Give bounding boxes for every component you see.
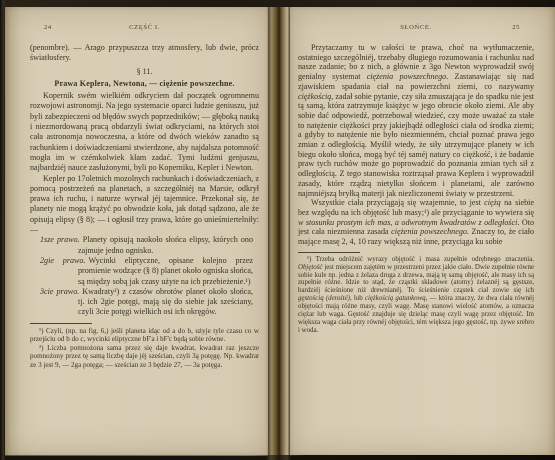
paragraph-gravitation: Wszystkie ciała przyciągają się wzajemni… (298, 198, 534, 247)
left-running-title: CZĘŚĆ I. (30, 24, 259, 31)
right-running-title: SŁOŃCE. (298, 24, 534, 31)
left-page: 24 CZĘŚĆ I. (penombre). — Arago przypusz… (5, 7, 268, 456)
kepler-law-1-text: Planety opisują naokoło słońca elipsy, k… (78, 235, 253, 254)
kepler-law-1-label: 1sze prawo. (40, 235, 80, 244)
kepler-law-3-text: Kwadraty²) z czasów obrotów planet około… (78, 287, 253, 317)
paragraph-kopernik: Kopernik swém wielkiém odkryciem dał poc… (30, 91, 259, 173)
section-number: § 11. (30, 67, 259, 77)
paragraph-kepler: Kepler po 17oletnich mozolnych rachunkac… (30, 174, 259, 236)
left-page-body: (penombre). — Arago przypuszcza trzy atm… (30, 43, 259, 369)
kepler-law-3-label: 3cie prawo. (40, 287, 79, 296)
scan-top-edge (0, 0, 555, 7)
footnote-rule-left (30, 323, 92, 324)
right-page: SŁOŃCE. 25 Przytaczamy tu w całości te p… (290, 7, 555, 456)
book-scan: 24 CZĘŚĆ I. (penombre). — Arago przypusz… (0, 0, 555, 460)
paragraph-newton: Przytaczamy tu w całości te prawa, choć … (298, 43, 534, 198)
footnote-1: ¹) Czyli, (np. na fig. 6,) jeśli planeta… (30, 327, 259, 344)
book-gutter (266, 0, 291, 460)
section-title: Prawa Keplera, Newtona, — ciężenie powsz… (30, 79, 259, 89)
right-page-body: Przytaczamy tu w całości te prawa, choć … (298, 43, 534, 335)
scan-left-edge (0, 0, 5, 460)
left-footnotes: ¹) Czyli, (np. na fig. 6,) jeśli planeta… (30, 327, 259, 370)
scan-bottom-edge (0, 455, 555, 460)
right-page-header: SŁOŃCE. 25 (298, 24, 534, 34)
left-page-header: 24 CZĘŚĆ I. (30, 24, 259, 34)
kepler-law-2: 2gie prawo.Wycinki eliptyczne, opisane k… (30, 256, 253, 287)
right-footnotes: ¹) Trzeba odróżnić wyrazy objętość i mas… (298, 256, 534, 335)
footnote-2: ²) Liczba pomnożona sama przez się daje … (30, 344, 259, 370)
kepler-law-3: 3cie prawo.Kwadraty²) z czasów obrotów p… (30, 287, 253, 318)
paragraph-intro: (penombre). — Arago przypuszcza trzy atm… (30, 43, 259, 64)
footnote-rule-right (298, 252, 360, 253)
footnote-mass-volume: ¹) Trzeba odróżnić wyrazy objętość i mas… (298, 256, 534, 335)
right-page-number: 25 (512, 24, 520, 31)
left-page-number: 24 (44, 24, 52, 31)
kepler-law-1: 1sze prawo.Planety opisują naokoło słońc… (30, 235, 253, 256)
kepler-law-2-label: 2gie prawo. (40, 256, 85, 265)
kepler-law-2-text: Wycinki eliptyczne, opisane kolejno prze… (78, 256, 253, 286)
